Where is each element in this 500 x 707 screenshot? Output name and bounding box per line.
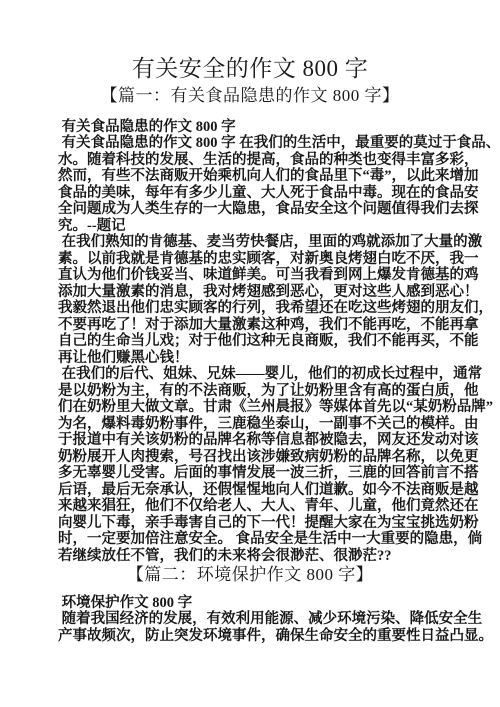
text-line: 产事故频次，防止突发环境事件，确保生命安全的重要性日益凸显。 <box>58 628 454 645</box>
text-line: 自己的生命当儿戏；对于他们这种无良商贩，我们不能再买，不能 <box>58 333 454 350</box>
section-2-header: 【篇二：环境保护作文 800 字】 <box>0 565 500 585</box>
text-line: 向婴儿下毒，亲手毒害自己的下一代！提醒大家在为宝宝挑选奶粉 <box>58 515 454 532</box>
text-line: 我毅然退出他们忠实顾客的行列，我希望还在吃这些烤翅的朋友们， <box>58 300 454 317</box>
text-line: 们在奶粉里大做文章。甘肃《兰州晨报》等媒体首先以“某奶粉品牌” <box>58 399 454 416</box>
text-line: 有关食品隐患的作文 800 字 <box>58 119 454 136</box>
section-2-body: 环境保护作文 800 字 随着我国经济的发展，有效利用能源、减少环境污染、降低安… <box>58 595 454 645</box>
page: 有关安全的作文 800 字 【篇一：有关食品隐患的作文 800 字】 有关食品隐… <box>0 0 500 707</box>
text-line: 不要再吃了！对于添加大量激素这种鸡，我们不能再吃，不能再拿 <box>58 317 454 334</box>
text-line: 后语，最后无奈承认，还假惺惺地向人们道歉。如今不法商贩是越 <box>58 482 454 499</box>
text-line: 在我们的后代、姐妹、兄妹——婴儿，他们的初成长过程中，通常 <box>58 366 454 383</box>
text-line: 水。随着科技的发展、生活的提高，食品的种类也变得丰富多彩， <box>58 152 454 169</box>
text-line: 究。--题记 <box>58 218 454 235</box>
text-line: 环境保护作文 800 字 <box>58 595 454 612</box>
section-1-header: 【篇一：有关食品隐患的作文 800 字】 <box>0 86 500 106</box>
text-line: 来越来猖狂，他们不仅给老人、大人、青年、儿童，他们竟然还在 <box>58 498 454 515</box>
text-line: 然而，有些不法商贩开始乘机向人们的食品里下“毒”，以此来增加 <box>58 168 454 185</box>
text-line: 为名，爆料毒奶粉事件，三鹿稳坐泰山，一副事不关己的模样。由 <box>58 416 454 433</box>
text-line: 在我们熟知的肯德基、麦当劳快餐店，里面的鸡就添加了大量的激 <box>58 234 454 251</box>
text-line: 有关食品隐患的作文 800 字 在我们的生活中，最重要的莫过于食品、 <box>58 135 454 152</box>
text-line: 若继续放任不管，我们的未来将会很渺茫、很渺茫?? <box>58 548 454 565</box>
text-line: 随着我国经济的发展，有效利用能源、减少环境污染、降低安全生 <box>58 611 454 628</box>
text-line: 添加大量激素的消息，我对烤翅感到恶心，更对这些人感到恶心！ <box>58 284 454 301</box>
text-line: 食品的美味，每年有多少儿童、大人死于食品中毒。现在的食品安 <box>58 185 454 202</box>
text-line: 是以奶粉为主，有的不法商贩，为了让奶粉里含有高的蛋白质，他 <box>58 383 454 400</box>
text-line: 全问题成为人类生存的一大隐患，食品安全这个问题值得我们去探 <box>58 201 454 218</box>
essay-title: 有关安全的作文 800 字 <box>0 0 500 83</box>
section-1-body: 有关食品隐患的作文 800 字 有关食品隐患的作文 800 字 在我们的生活中，… <box>58 119 454 565</box>
text-line: 奶粉展开人肉搜索，号召找出该涉嫌致病奶粉的品牌名称，以免更 <box>58 449 454 466</box>
text-line: 时，一定要加倍注意安全。 食品安全是生活中一大重要的隐患，倘 <box>58 531 454 548</box>
text-line: 多无辜婴儿受害。后面的事情发展一波三折，三鹿的回答前言不搭 <box>58 465 454 482</box>
text-line: 再让他们赚黑心钱！ <box>58 350 454 367</box>
text-line: 于报道中有关该奶粉的品牌名称等信息都被隐去，网友还发动对该 <box>58 432 454 449</box>
text-line: 直认为他们价钱妥当、味道鲜美。可当我看到网上爆发肯德基的鸡 <box>58 267 454 284</box>
text-line: 素。以前我就是肯德基的忠实顾客，对新奥良烤翅白吃不厌，我一 <box>58 251 454 268</box>
